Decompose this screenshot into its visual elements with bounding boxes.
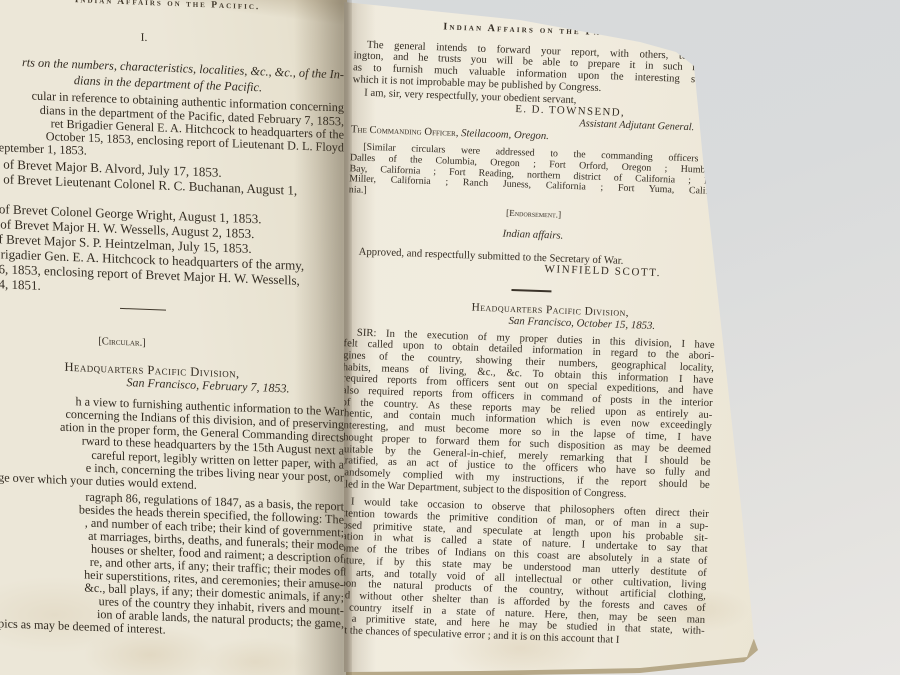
left-running-header: Indian Affairs on the Pacific. [20, 0, 315, 17]
circular-paragraph: h a view to furnishing authentic informa… [0, 392, 344, 499]
endorsement-subject: Indian affairs. [347, 223, 718, 248]
addressee-label: The Commanding Officer, [351, 123, 459, 139]
page-header: Indian Affairs on the Pacific. 3 [354, 14, 725, 43]
section-number: I. [0, 26, 344, 53]
right-page-content: Indian Affairs on the Pacific. 3 The gen… [324, 14, 735, 650]
book-photo: Indian Affairs on the Pacific. I. rts on… [0, 0, 900, 675]
report-list: rt of Brevet Major B. Alvord, July 17, 1… [0, 156, 344, 305]
left-page-content: Indian Affairs on the Pacific. I. rts on… [0, 0, 344, 643]
divider-rule [120, 308, 166, 311]
circular-label: [Circular.] [0, 331, 344, 358]
enumeration-paragraph: ragraph 86, regulations of 1847, as a ba… [0, 487, 344, 644]
body-paragraph-2: I would take occasion to observe that ph… [333, 496, 709, 649]
addressee-place: Steilacoom, Oregon. [461, 127, 549, 142]
running-header-title: Indian Affairs on the Pacific. [443, 21, 637, 39]
similar-circulars-note: [Similar circulars were addressed to the… [349, 143, 722, 209]
body-paragraph-1: SIR: In the execution of my proper dutie… [338, 327, 714, 504]
section-rule [511, 289, 551, 292]
intro-paragraph: cular in reference to obtaining authenti… [0, 88, 344, 168]
page-number: 3 [718, 32, 724, 44]
left-page: Indian Affairs on the Pacific. I. rts on… [0, 0, 347, 675]
